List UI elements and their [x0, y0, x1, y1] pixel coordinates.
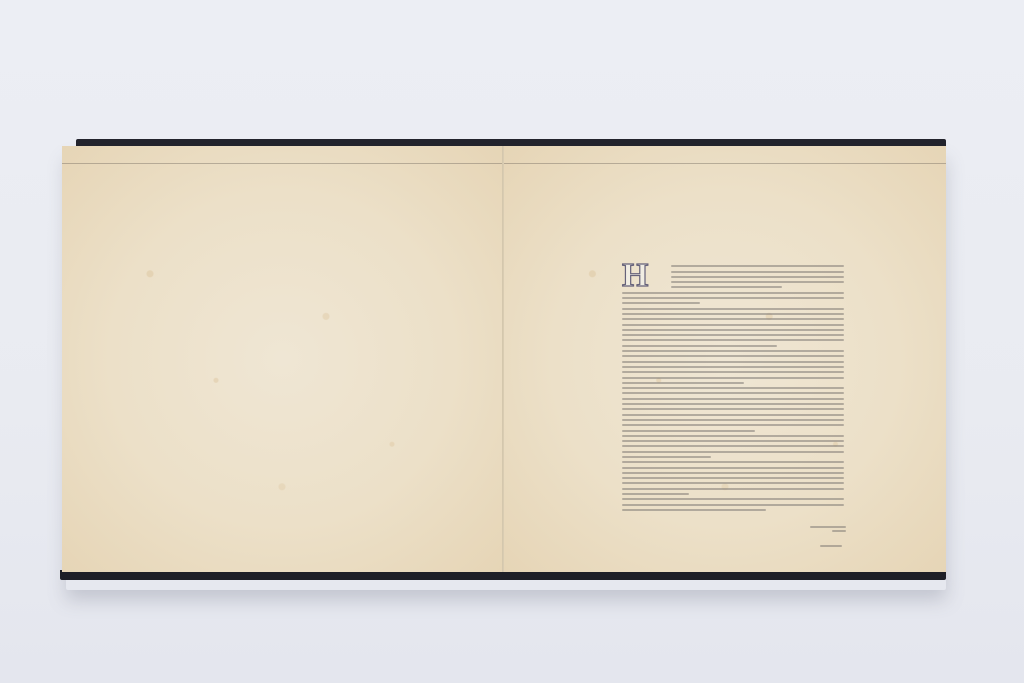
catalog-number — [820, 542, 842, 551]
drop-cap: H — [622, 262, 648, 290]
liner-signature — [810, 524, 846, 534]
fold-crease — [504, 163, 946, 164]
fold-crease — [62, 163, 502, 164]
gatefold-left-panel — [62, 146, 503, 572]
liner-notes: H — [622, 262, 844, 514]
gatefold-right-panel: H — [503, 146, 946, 572]
